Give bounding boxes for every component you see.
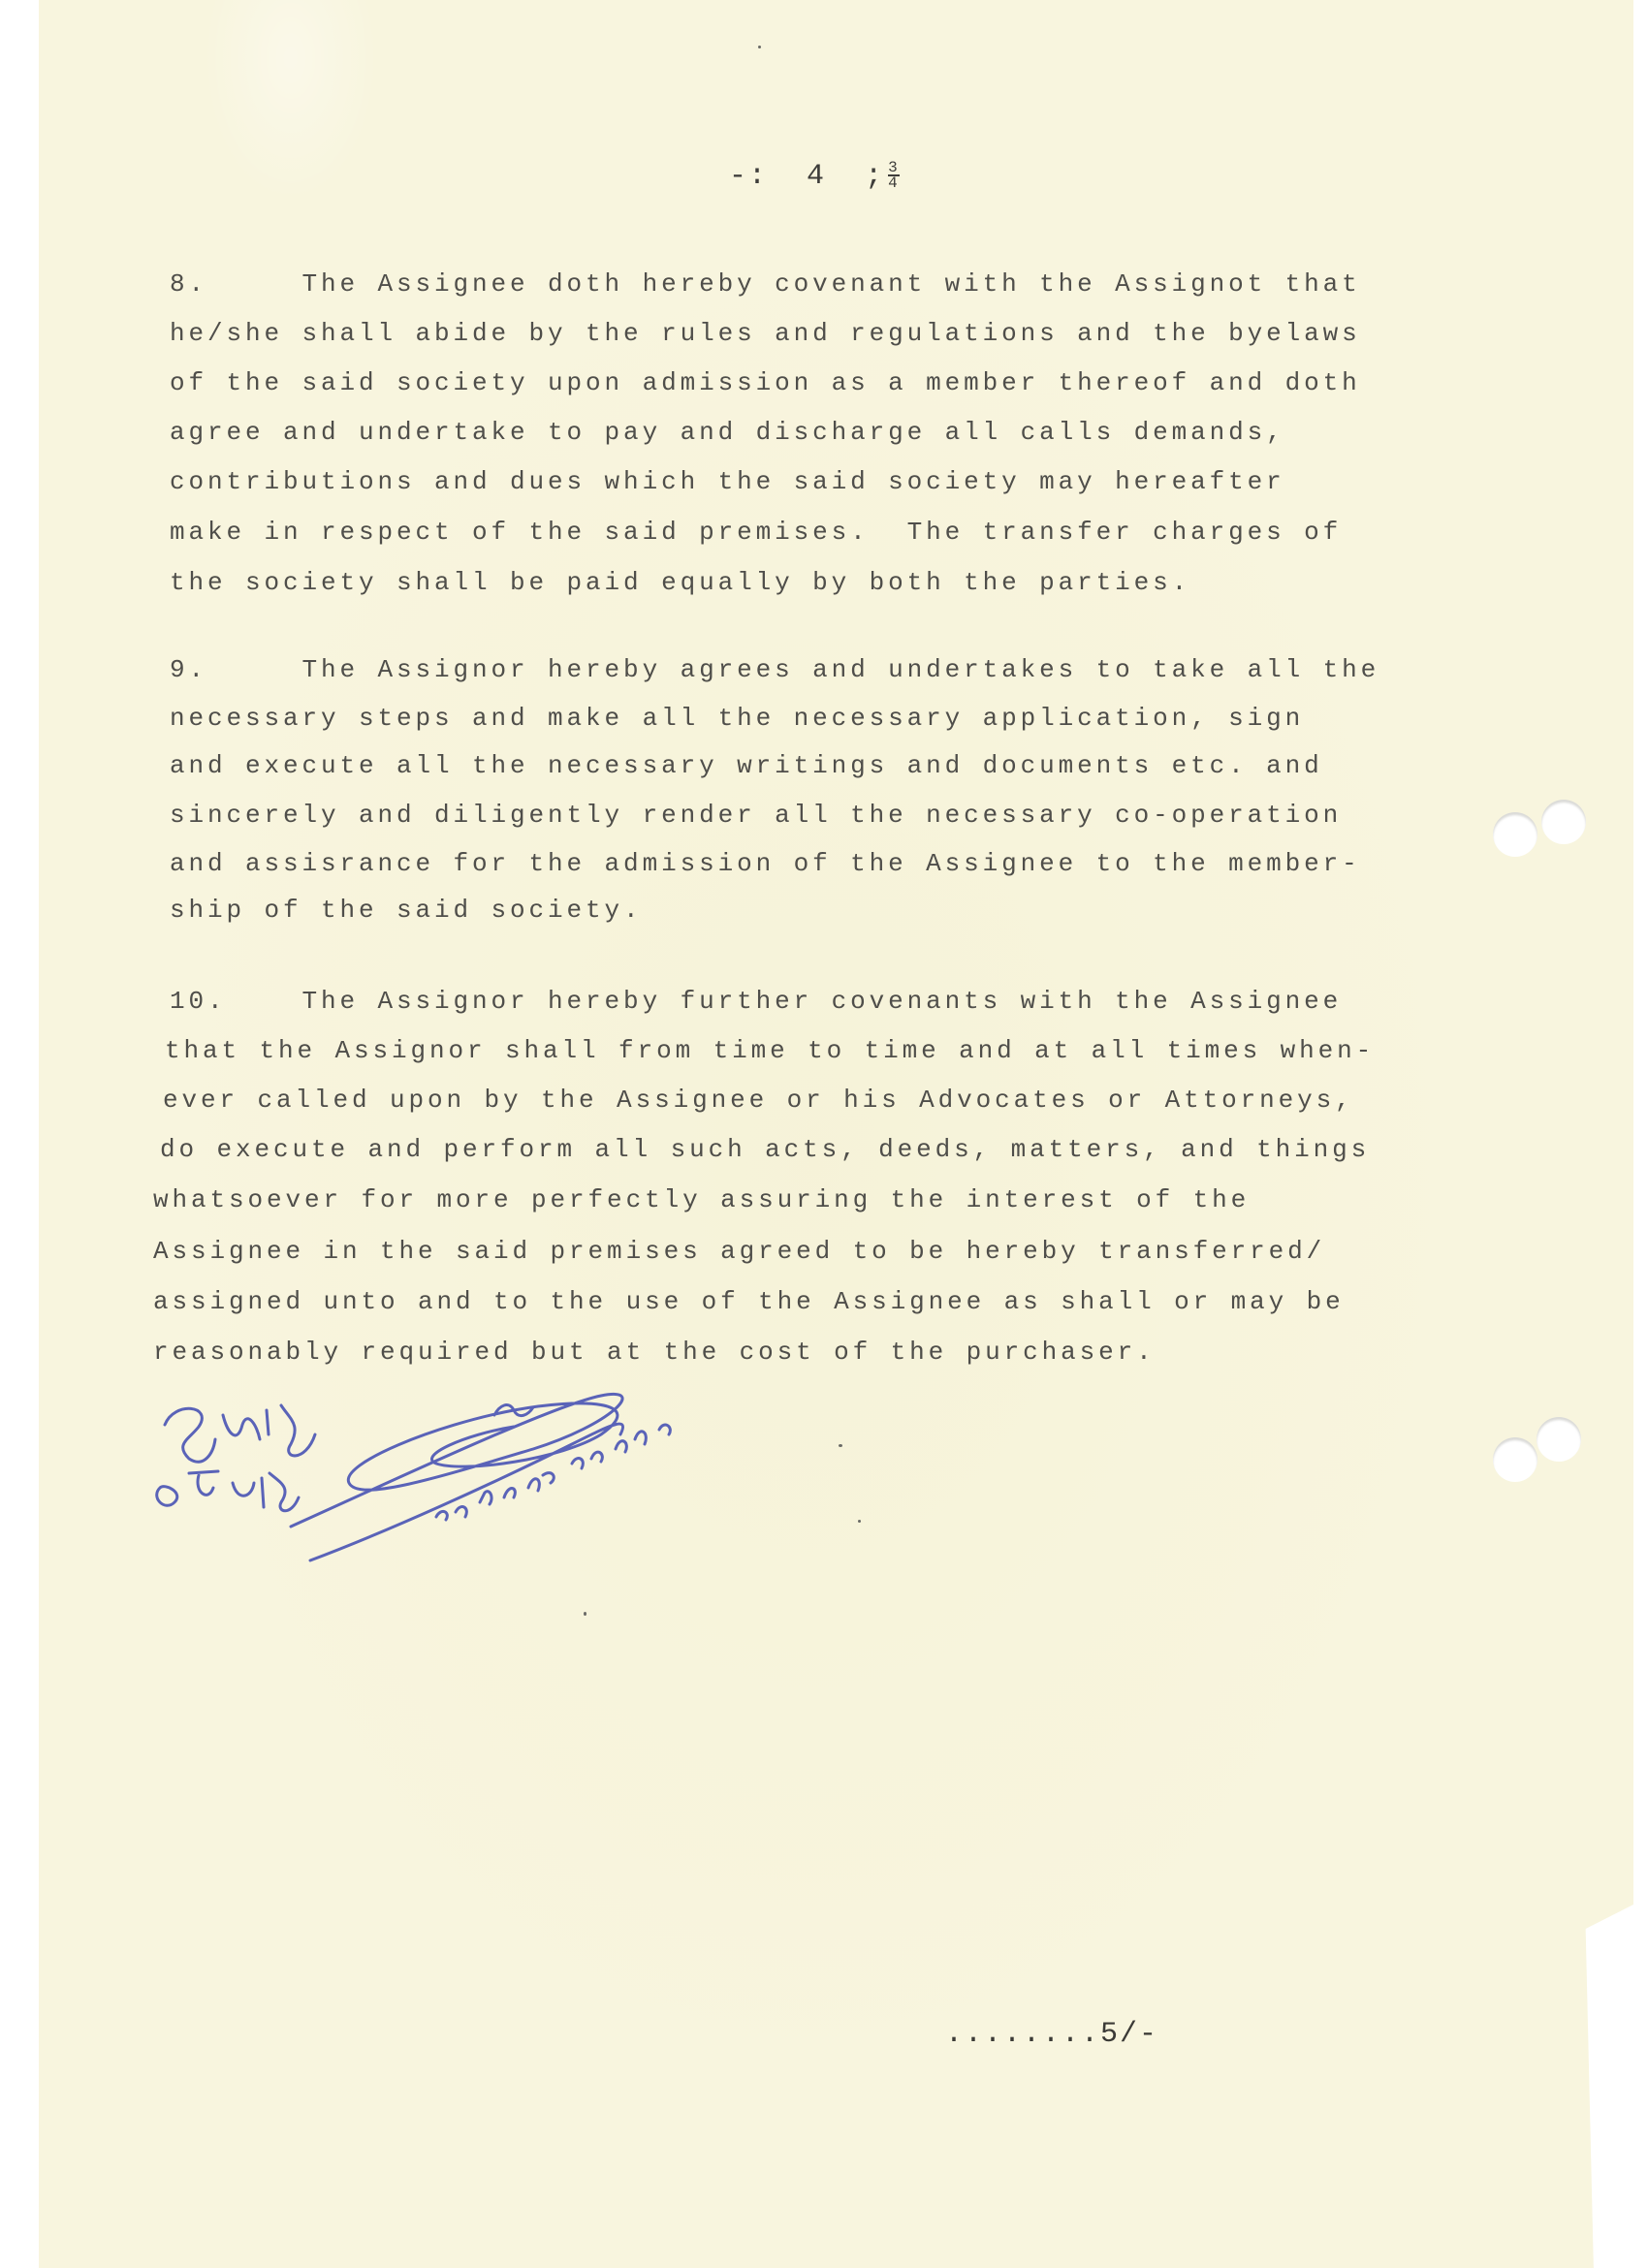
paragraph-line: sincerely and diligently render all the … bbox=[170, 803, 1342, 828]
paragraph-line: contributions and dues which the said so… bbox=[170, 469, 1285, 494]
stray-mark bbox=[858, 1520, 861, 1523]
left-signature-line2-icon bbox=[157, 1471, 299, 1511]
center-signature-icon bbox=[291, 1394, 623, 1560]
paragraph-line: Assignee in the said premises agreed to … bbox=[153, 1239, 1325, 1264]
paragraph-line: 8. The Assignee doth hereby covenant wit… bbox=[170, 271, 1361, 297]
paragraph-line: make in respect of the said premises. Th… bbox=[170, 520, 1342, 545]
paragraph-line: he/she shall abide by the rules and regu… bbox=[170, 321, 1361, 346]
punch-hole bbox=[1537, 1417, 1581, 1462]
page-header: -: 4 ;34 bbox=[729, 160, 900, 193]
paragraph-line: assigned unto and to the use of the Assi… bbox=[153, 1289, 1345, 1314]
fraction-numerator: 3 bbox=[888, 161, 900, 174]
left-signature-icon bbox=[165, 1405, 315, 1462]
page-number: 4 bbox=[807, 160, 826, 193]
paragraph-line: agree and undertake to pay and discharge… bbox=[170, 420, 1285, 445]
paragraph-line: that the Assignor shall from time to tim… bbox=[165, 1038, 1375, 1063]
paragraph-line: ship of the said society. bbox=[170, 898, 643, 923]
punch-hole bbox=[1493, 812, 1537, 857]
right-signature-icon bbox=[436, 1425, 670, 1520]
punch-hole bbox=[1493, 1437, 1537, 1482]
page-header-separator: ; bbox=[865, 160, 884, 193]
paragraph-line: ever called upon by the Assignee or his … bbox=[163, 1087, 1354, 1113]
page-header-prefix: -: bbox=[729, 160, 768, 193]
stray-mark bbox=[584, 1612, 586, 1616]
stray-mark bbox=[839, 1444, 842, 1447]
paragraph-line: of the said society upon admission as a … bbox=[170, 370, 1361, 395]
paragraph-line: whatsoever for more perfectly assuring t… bbox=[153, 1187, 1250, 1213]
paragraph-line: and assisrance for the admission of the … bbox=[170, 851, 1361, 876]
paragraph-line: 9. The Assignor hereby agrees and undert… bbox=[170, 657, 1379, 682]
paragraph-line: do execute and perform all such acts, de… bbox=[160, 1137, 1370, 1162]
paragraph-line: the society shall be paid equally by bot… bbox=[170, 570, 1190, 595]
paragraph-line: reasonably required but at the cost of t… bbox=[153, 1339, 1156, 1365]
paragraph-line: 10. The Assignor hereby further covenant… bbox=[170, 989, 1342, 1014]
stray-mark bbox=[758, 46, 761, 48]
continuation-marker: ........5/- bbox=[945, 2018, 1158, 2051]
paragraph-line: necessary steps and make all the necessa… bbox=[170, 706, 1304, 731]
signature-block bbox=[145, 1367, 921, 1590]
page-fraction: 34 bbox=[888, 161, 900, 190]
punch-hole bbox=[1541, 800, 1586, 844]
paragraph-line: and execute all the necessary writings a… bbox=[170, 753, 1323, 778]
document-page: -: 4 ;34 8. The Assignee doth hereby cov… bbox=[39, 0, 1633, 2268]
fraction-denominator: 4 bbox=[888, 174, 900, 190]
